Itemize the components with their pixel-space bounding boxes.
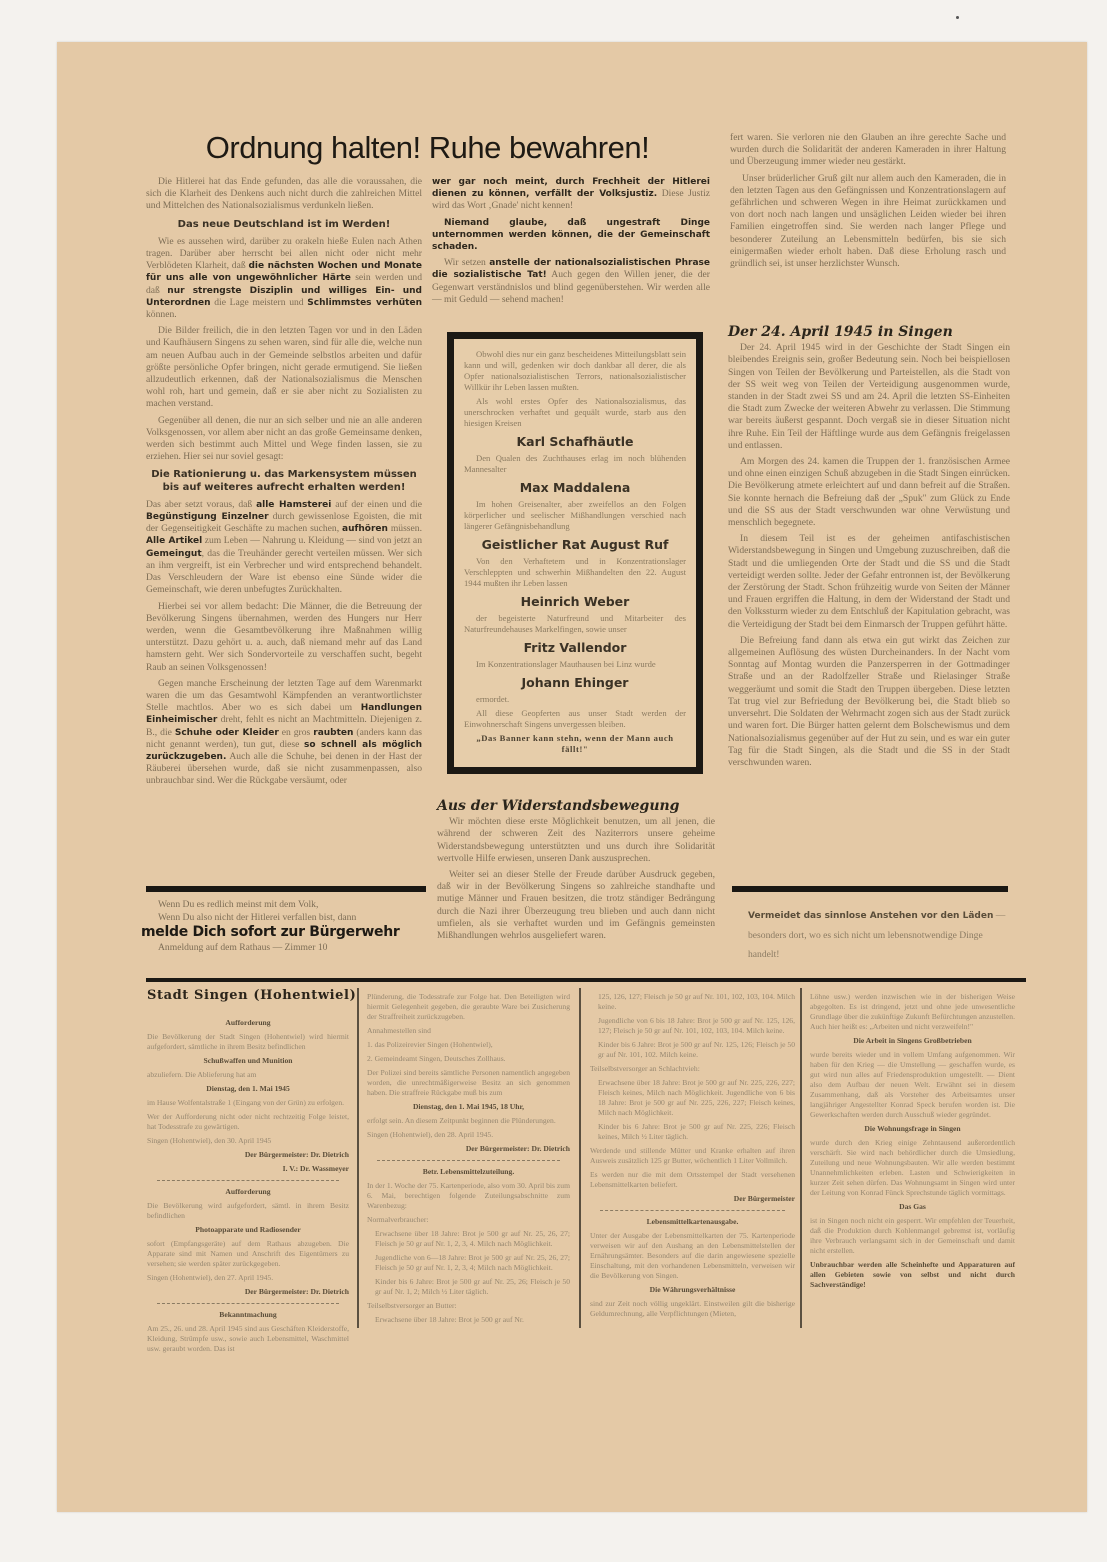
notice-signature: Der Bürgermeister — [590, 1194, 795, 1204]
notice-bold-text: Unbrauchbar werden alle Scheinhefte und … — [810, 1260, 1015, 1290]
notice-text: Teilselbstversorger an Butter: — [367, 1301, 570, 1311]
paragraph: fert waren. Sie verloren nie den Glauben… — [730, 132, 1006, 169]
notice-heading: Aufforderung — [147, 1187, 349, 1197]
buergerwehr-notice: Wenn Du es redlich meinst mit dem Volk, … — [146, 898, 428, 954]
subheading-rationing: Die Rationierung u. das Markensystem müs… — [146, 469, 422, 493]
notice-text: abzuliefern. Die Ablieferung hat am — [147, 1070, 349, 1080]
victim-text: der begeisterte Naturfreund und Mitarbei… — [464, 613, 686, 635]
buergerwehr-line-3: Anmeldung auf dem Rathaus — Zimmer 10 — [146, 941, 428, 954]
victim-name: Max Maddalena — [464, 482, 686, 493]
paragraph: In diesem Teil ist es der geheimen antif… — [728, 533, 1010, 631]
paragraph: Niemand glaube, daß ungestraft Dinge unt… — [432, 217, 710, 254]
victim-text: Im hohen Greisenalter, aber zweifellos a… — [464, 499, 686, 532]
notice-heading: Die Währungsverhältnisse — [590, 1285, 795, 1295]
notice-text: ist in Singen noch nicht ein gesperrt. W… — [810, 1216, 1015, 1256]
memorial-intro: Obwohl dies nur ein ganz bescheidenes Mi… — [464, 349, 686, 393]
notice-heading: Aufforderung — [147, 1018, 349, 1028]
victim-name: Johann Ehinger — [464, 677, 686, 688]
memorial-quote: „Das Banner kann stehn, wenn der Mann au… — [464, 733, 686, 755]
notice-text: Die Bevölkerung wird aufgefordert, sämtl… — [147, 1201, 349, 1221]
memorial-closing: All diese Geopferten aus unser Stadt wer… — [464, 708, 686, 730]
victim-name: Heinrich Weber — [464, 596, 686, 607]
buergerwehr-line-1: Wenn Du es redlich meinst mit dem Volk, — [146, 898, 428, 911]
notice-text: Teilselbstversorger an Schlachtvieh: — [590, 1064, 795, 1074]
page-headline: Ordnung halten! Ruhe bewahren! — [140, 130, 715, 166]
notice-signature: Der Bürgermeister: Dr. Dietrich — [367, 1144, 570, 1154]
notices-column-2: Plünderung, die Todesstrafe zur Folge ha… — [367, 992, 570, 1329]
notice-item: Erwachsene über 18 Jahre: Brot je 500 gr… — [367, 1229, 570, 1249]
notice-text: Annahmestellen sind — [367, 1026, 570, 1036]
notice-item: Jugendliche von 6—18 Jahre: Brot je 500 … — [367, 1253, 570, 1273]
notice-text: erfolgt sein. An diesem Zeitpunkt beginn… — [367, 1116, 570, 1126]
april-title: Der 24. April 1945 in Singen — [728, 326, 1010, 338]
article-column-2: wer gar noch meint, durch Frechheit der … — [432, 176, 710, 310]
memorial-intro-2: Als wohl erstes Opfer des Nationalsozial… — [464, 396, 686, 429]
notice-heading: Bekanntmachung — [147, 1310, 349, 1320]
memorial-box: Obwohl dies nur ein ganz bescheidenes Mi… — [447, 332, 703, 774]
notice-text: Löhne usw.) werden inzwischen wie in der… — [810, 992, 1015, 1032]
notice-heading: Die Arbeit in Singens Großbetrieben — [810, 1036, 1015, 1046]
notice-text: Singen (Hohentwiel), den 27. April 1945. — [147, 1273, 349, 1283]
notice-text: Singen (Hohentwiel), den 28. April 1945. — [367, 1130, 570, 1140]
notice-heading: Photoapparate und Radiosender — [147, 1225, 349, 1235]
article-column-3: fert waren. Sie verloren nie den Glauben… — [730, 132, 1006, 274]
paragraph: Die Befreiung fand dann als etwa ein gut… — [728, 635, 1010, 769]
memorial-names-list: Karl SchafhäutleDen Qualen des Zuchthaus… — [464, 436, 686, 705]
paragraph: Das aber setzt voraus, daß alle Hamstere… — [146, 499, 422, 597]
notice-heading: Das Gas — [810, 1202, 1015, 1212]
notice-signature: Der Bürgermeister: Dr. Dietrich — [147, 1287, 349, 1297]
paragraph: Wie es aussehen wird, darüber zu orakeln… — [146, 236, 422, 321]
paragraph: Unser brüderlicher Gruß gilt nur allem a… — [730, 173, 1006, 271]
victim-name: Fritz Vallendor — [464, 642, 686, 653]
notice-item: 125, 126, 127; Fleisch je 50 gr auf Nr. … — [590, 992, 795, 1012]
notice-text: sofort (Empfangsgeräte) auf dem Rathaus … — [147, 1239, 349, 1269]
notice-item: Erwachsene über 18 Jahre: Brot je 500 gr… — [367, 1315, 570, 1325]
notice-signature: I. V.: Dr. Wassmeyer — [147, 1164, 349, 1174]
notice-heading: Dienstag, den 1. Mai 1945 — [147, 1084, 349, 1094]
notice-text: Am 25., 26. und 28. April 1945 sind aus … — [147, 1324, 349, 1354]
paragraph: Gegenüber all denen, die nur an sich sel… — [146, 415, 422, 464]
buergerwehr-line-2: Wenn Du also nicht der Hitlerei verfalle… — [146, 911, 428, 924]
notice-item: Kinder bis 6 Jahre: Brot je 500 gr auf N… — [590, 1122, 795, 1142]
notice-heading: Dienstag, den 1. Mai 1945, 18 Uhr, — [367, 1102, 570, 1112]
notice-text: Die Bevölkerung der Stadt Singen (Hohent… — [147, 1032, 349, 1052]
notice-divider — [157, 1180, 339, 1181]
notices-column-1: AufforderungDie Bevölkerung der Stadt Si… — [147, 1014, 349, 1358]
notice-text: wurde bereits wieder und in vollem Umfan… — [810, 1050, 1015, 1120]
notice-text: Werdende und stillende Mütter und Kranke… — [590, 1146, 795, 1166]
paragraph: Der 24. April 1945 wird in der Geschicht… — [728, 342, 1010, 452]
victim-name: Geistlicher Rat August Ruf — [464, 539, 686, 550]
column-separator — [800, 988, 802, 1328]
notice-text: sind zur Zeit noch völlig ungeklärt. Ein… — [590, 1299, 795, 1319]
paragraph: Hierbei sei vor allem bedacht: Die Männe… — [146, 601, 422, 674]
intro-paragraph: Die Hitlerei hat das Ende gefunden, das … — [146, 176, 422, 213]
notice-text: im Hause Wolfentalstraße 1 (Eingang von … — [147, 1098, 349, 1108]
notice-divider — [600, 1210, 785, 1211]
paragraph: Wir möchten diese erste Möglichkeit benu… — [437, 816, 715, 865]
paragraph: Am Morgen des 24. kamen die Truppen der … — [728, 456, 1010, 529]
notices-column-4: Löhne usw.) werden inzwischen wie in der… — [810, 992, 1015, 1294]
notice-text: Der Polizei sind bereits sämtliche Perso… — [367, 1068, 570, 1098]
rule-col3 — [732, 886, 1008, 892]
subheading-new-germany: Das neue Deutschland ist im Werden! — [146, 219, 422, 231]
notice-signature: Der Bürgermeister: Dr. Dietrich — [147, 1150, 349, 1160]
article-column-1: Die Hitlerei hat das Ende gefunden, das … — [146, 176, 422, 792]
notice-heading: Die Wohnungsfrage in Singen — [810, 1124, 1015, 1134]
notices-top-rule — [146, 978, 1026, 982]
notice-text: Plünderung, die Todesstrafe zur Folge ha… — [367, 992, 570, 1022]
rule-col1 — [146, 886, 426, 892]
notice-item: Jugendliche von 6 bis 18 Jahre: Brot je … — [590, 1016, 795, 1036]
column-separator — [579, 988, 581, 1328]
paragraph: Weiter sei an dieser Stelle der Freude d… — [437, 869, 715, 942]
notice-text: wurde durch den Krieg einige Zehntausend… — [810, 1138, 1015, 1198]
notice-divider — [377, 1160, 560, 1161]
victim-name: Karl Schafhäutle — [464, 436, 686, 447]
dust-speck — [956, 16, 959, 19]
notices-title: Stadt Singen (Hohentwiel) — [147, 988, 356, 1003]
notice-text: 1. das Polizeirevier Singen (Hohentwiel)… — [367, 1040, 570, 1050]
notice-item: Kinder bis 6 Jahre: Brot je 500 gr auf N… — [590, 1040, 795, 1060]
notice-text: Unter der Ausgabe der Lebensmittelkarten… — [590, 1231, 795, 1281]
notice-heading: Lebensmittelkartenausgabe. — [590, 1217, 795, 1227]
resistance-title: Aus der Widerstandsbewegung — [437, 800, 715, 812]
paragraph: Gegen manche Erscheinung der letzten Tag… — [146, 678, 422, 788]
victim-text: Von den Verhaftetem und in Konzentration… — [464, 556, 686, 589]
resistance-article: Aus der Widerstandsbewegung Wir möchten … — [437, 800, 715, 946]
notice-text: In der 1. Woche der 75. Kartenperiode, a… — [367, 1181, 570, 1211]
notice-text: 2. Gemeindeamt Singen, Deutsches Zollhau… — [367, 1054, 570, 1064]
paragraph: wer gar noch meint, durch Frechheit der … — [432, 176, 710, 213]
buergerwehr-call: melde Dich sofort zur Bürgerwehr — [141, 926, 428, 939]
notice-text: Normalverbraucher: — [367, 1215, 570, 1225]
notices-column-3: 125, 126, 127; Fleisch je 50 gr auf Nr. … — [590, 992, 795, 1323]
notice-item: Kinder bis 6 Jahre: Brot je 500 gr auf N… — [367, 1277, 570, 1297]
notice-text: Wer der Aufforderung nicht oder nicht re… — [147, 1112, 349, 1132]
notice-heading: Schußwaffen und Munition — [147, 1056, 349, 1066]
notice-divider — [157, 1303, 339, 1304]
victim-text: Den Qualen des Zuchthauses erlag im noch… — [464, 453, 686, 475]
column-separator — [357, 988, 359, 1328]
notice-text: Singen (Hohentwiel), den 30. April 1945 — [147, 1136, 349, 1146]
queue-notice: Vermeidet das sinnlose Anstehen vor den … — [748, 906, 1010, 964]
notice-heading: Betr. Lebensmittelzuteilung. — [367, 1167, 570, 1177]
paragraph: Wir setzen anstelle der nationalsozialis… — [432, 257, 710, 306]
paragraph: Die Bilder freilich, die in den letzten … — [146, 325, 422, 410]
april-1945-article: Der 24. April 1945 in Singen Der 24. Apr… — [728, 326, 1010, 773]
victim-text: Im Konzentrationslager Mauthausen bei Li… — [464, 659, 686, 670]
notice-text: Es werden nur die mit dem Ortsstempel de… — [590, 1170, 795, 1190]
victim-text: ermordet. — [464, 694, 686, 705]
notice-item: Erwachsene über 18 Jahre: Brot je 500 gr… — [590, 1078, 795, 1118]
